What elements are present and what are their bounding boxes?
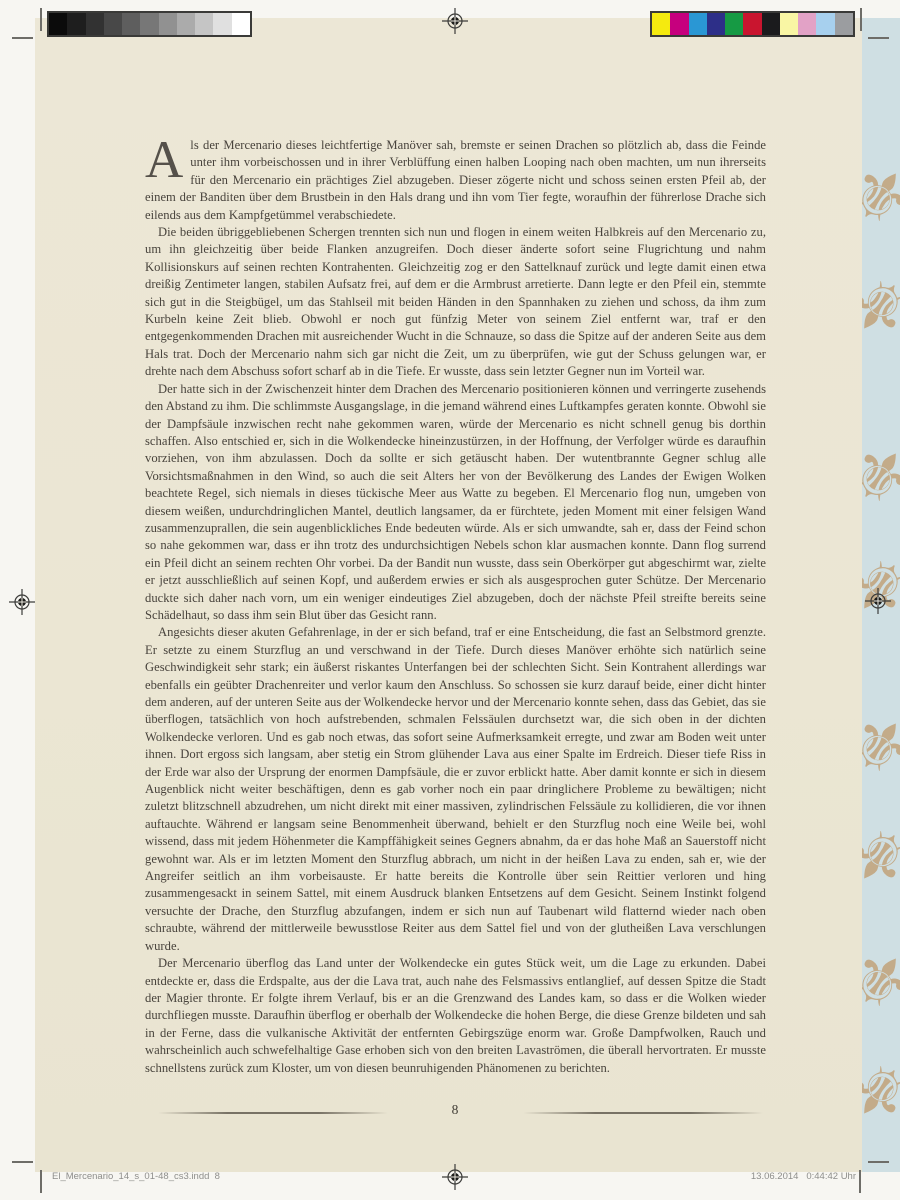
color-swatch — [195, 13, 213, 35]
body-text: Als der Mercenario dieses leichtfertige … — [145, 137, 766, 1077]
footer-rule — [158, 1112, 388, 1114]
paragraph: Der hatte sich in der Zwischenzeit hinte… — [145, 381, 766, 625]
color-swatch — [835, 13, 853, 35]
color-swatch — [213, 13, 231, 35]
crop-mark — [860, 8, 862, 31]
fleur-ornament-icon: ⚜ — [862, 533, 900, 639]
color-calibration-bar — [650, 11, 855, 37]
fleur-ornament-icon: ⚜ — [862, 693, 900, 799]
fleur-ornament-icon: ⚜ — [862, 1038, 900, 1144]
fleur-ornament-icon: ⚜ — [862, 803, 900, 909]
color-swatch — [670, 13, 688, 35]
registration-mark-icon — [865, 588, 891, 614]
registration-mark-icon — [442, 8, 468, 34]
paragraph: Als der Mercenario dieses leichtfertige … — [145, 137, 766, 224]
drop-cap: A — [145, 137, 190, 180]
grayscale-calibration-bar — [47, 11, 252, 37]
crop-mark — [40, 8, 42, 31]
color-swatch — [140, 13, 158, 35]
paragraph: Angesichts dieser akuten Gefahrenlage, i… — [145, 624, 766, 955]
crop-mark — [868, 37, 889, 39]
color-swatch — [652, 13, 670, 35]
fleur-ornament-icon: ⚜ — [862, 423, 900, 529]
color-swatch — [67, 13, 85, 35]
color-swatch — [86, 13, 104, 35]
color-swatch — [780, 13, 798, 35]
color-swatch — [232, 13, 250, 35]
color-swatch — [49, 13, 67, 35]
color-swatch — [104, 13, 122, 35]
registration-mark-icon — [442, 1164, 468, 1190]
color-swatch — [743, 13, 761, 35]
crop-mark — [40, 1170, 42, 1193]
color-swatch — [122, 13, 140, 35]
slug-filename: El_Mercenario_14_s_01-48_cs3.indd 8 — [52, 1171, 220, 1182]
color-swatch — [816, 13, 834, 35]
color-swatch — [159, 13, 177, 35]
fleur-ornament-icon: ⚜ — [862, 253, 900, 359]
fleur-ornament-icon: ⚜ — [862, 143, 900, 249]
color-swatch — [762, 13, 780, 35]
registration-mark-icon — [9, 589, 35, 615]
color-swatch — [707, 13, 725, 35]
crop-mark — [12, 1161, 33, 1163]
fleur-ornament-icon: ⚜ — [862, 928, 900, 1034]
page-number: 8 — [395, 1102, 515, 1118]
crop-mark — [12, 37, 33, 39]
color-swatch — [798, 13, 816, 35]
slug-datetime: 13.06.2014 0:44:42 Uhr — [600, 1171, 856, 1182]
crop-mark — [868, 1161, 889, 1163]
print-proof-sheet: { "document": { "page_number": "8", "slu… — [0, 0, 900, 1200]
color-swatch — [725, 13, 743, 35]
color-swatch — [689, 13, 707, 35]
footer-rule — [523, 1112, 763, 1114]
color-swatch — [177, 13, 195, 35]
paragraph: Die beiden übriggebliebenen Schergen tre… — [145, 224, 766, 381]
paragraph: Der Mercenario überflog das Land unter d… — [145, 955, 766, 1077]
crop-mark — [859, 1170, 861, 1193]
